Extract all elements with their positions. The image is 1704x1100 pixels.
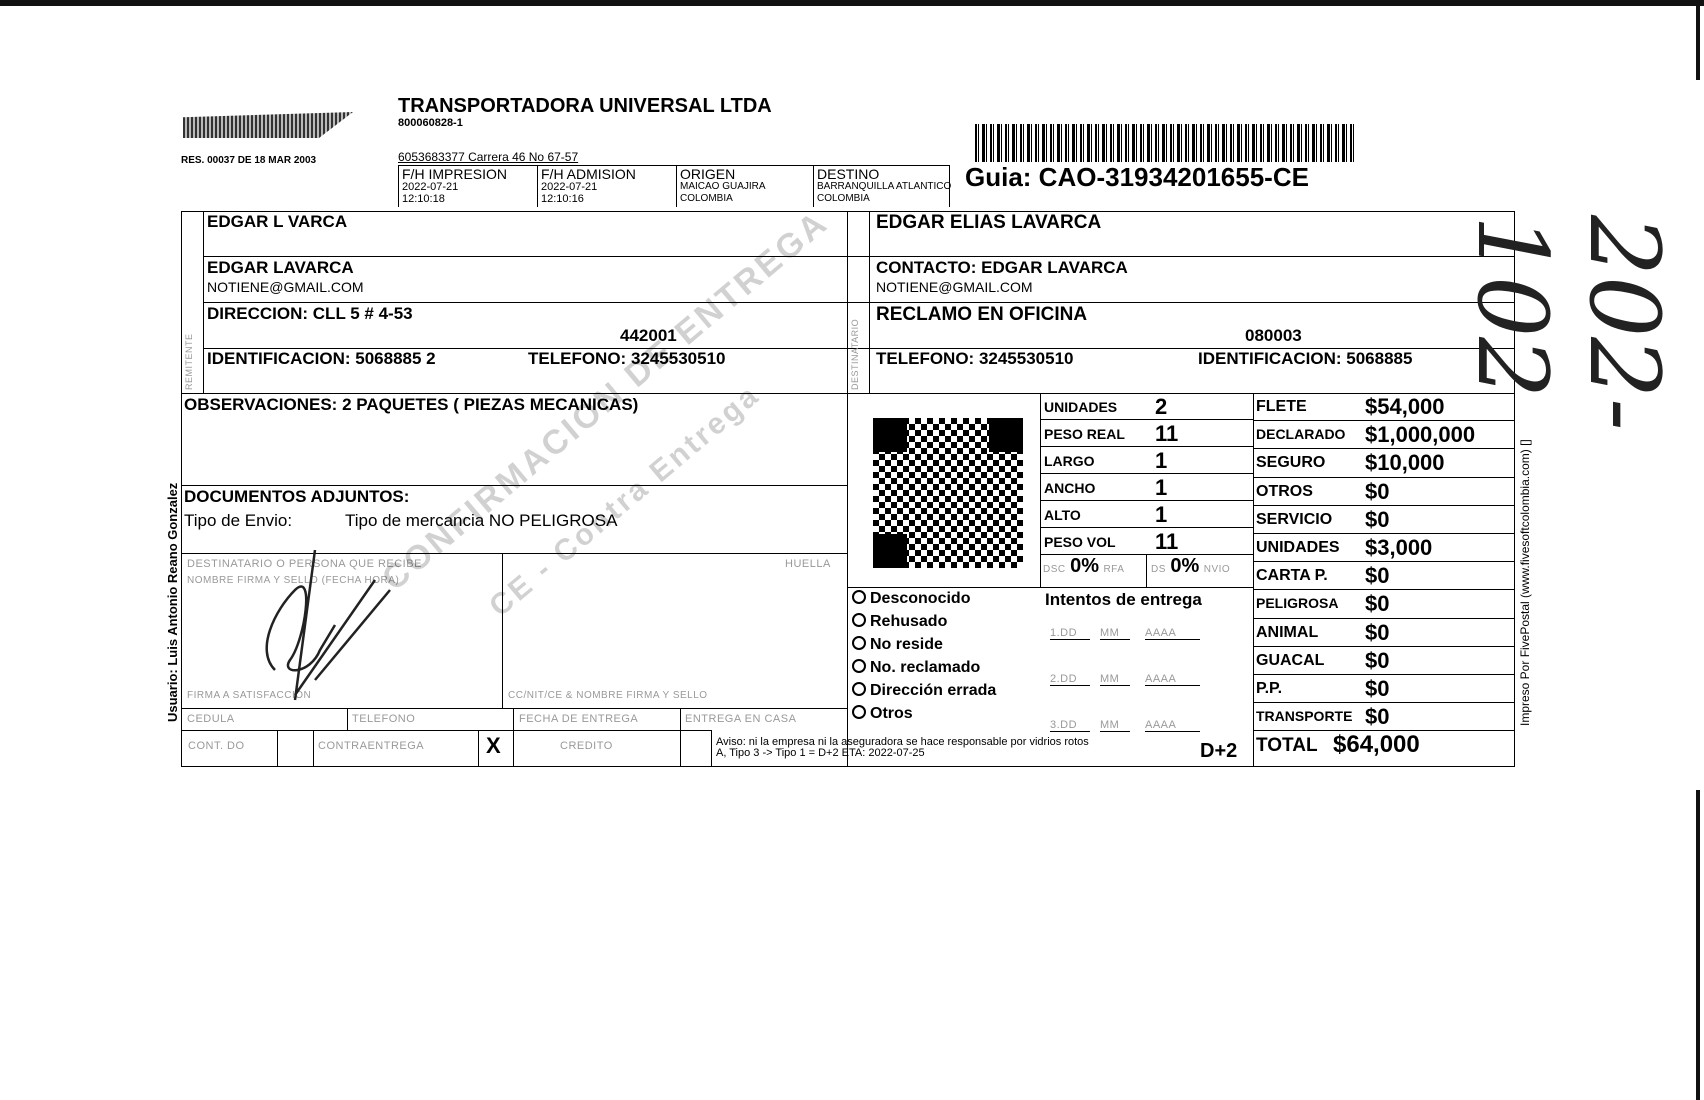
col-line — [502, 553, 503, 708]
cost-value: $0 — [1365, 563, 1389, 589]
radio-circle-icon — [852, 636, 866, 650]
delivery-reasons: DesconocidoRehusadoNo resideNo. reclamad… — [852, 590, 1037, 728]
measure-row: PESO REAL 11 — [1040, 420, 1253, 447]
cell-city: MAICAO GUAJIRA — [680, 181, 810, 193]
credito-label: CREDITO — [560, 740, 613, 752]
user-label: Usuario: Luis Antonio Reano Gonzalez — [165, 475, 180, 730]
sender-phone: TELEFONO: 3245530510 — [528, 349, 725, 369]
col-line — [347, 708, 348, 730]
attempt-month: MM — [1100, 627, 1130, 640]
recipient-email: NOTIENE@GMAIL.COM — [876, 279, 1033, 295]
attempt-row[interactable]: 2.DD MM AAAA — [1045, 661, 1245, 707]
cell-label: F/H IMPRESION — [402, 167, 534, 181]
attempt-day: 3.DD — [1050, 719, 1090, 732]
measure-label: ANCHO — [1044, 480, 1095, 496]
delivery-reason-radio[interactable]: No. reclamado — [852, 659, 1037, 682]
attempt-day: 2.DD — [1050, 673, 1090, 686]
cont-do-label: CONT. DO — [188, 740, 245, 752]
reason-label: Desconocido — [870, 590, 970, 607]
col-line — [513, 708, 514, 767]
company-nit: 800060828-1 — [398, 117, 463, 129]
notice-line2: A, Tipo 3 -> Tipo 1 = D+2 ETA: 2022-07-2… — [716, 748, 925, 759]
cell-date: 2022-07-21 — [402, 181, 534, 193]
cost-value: $0 — [1365, 648, 1389, 674]
scan-edge-right — [1696, 0, 1700, 80]
resolution-text: RES. 00037 DE 18 MAR 2003 — [181, 155, 316, 166]
cost-label: GUACAL — [1256, 652, 1324, 670]
delivery-reason-radio[interactable]: Rehusado — [852, 613, 1037, 636]
print-datetime-cell: F/H IMPRESION 2022-07-21 12:10:18 — [398, 165, 538, 207]
admission-datetime-cell: F/H ADMISION 2022-07-21 12:10:16 — [537, 165, 677, 207]
sender-id: IDENTIFICACION: 5068885 2 — [207, 349, 436, 369]
measure-label: LARGO — [1044, 453, 1095, 469]
recipient-phone: TELEFONO: 3245530510 — [876, 349, 1073, 369]
radio-circle-icon — [852, 682, 866, 696]
recipient-side-label: DESTINATARIO — [850, 215, 860, 390]
recipient-name: EDGAR ELIAS LAVARCA — [876, 212, 1101, 234]
delivery-reason-radio[interactable]: Dirección errada — [852, 682, 1037, 705]
reason-label: Otros — [870, 705, 913, 722]
barcode — [975, 124, 1355, 162]
cost-label: OTROS — [1256, 483, 1313, 501]
row-line — [847, 587, 1253, 588]
cost-label: UNIDADES — [1256, 539, 1340, 557]
fingerprint-label: HUELLA — [785, 558, 831, 570]
radio-circle-icon — [852, 705, 866, 719]
center-divider — [847, 211, 848, 767]
cell-label: F/H ADMISION — [541, 167, 673, 181]
cost-row: GUACAL $0 — [1253, 647, 1515, 675]
cell-label: DESTINO — [817, 167, 946, 181]
radio-circle-icon — [852, 659, 866, 673]
measure-row: UNIDADES 2 — [1040, 393, 1253, 420]
reason-label: No. reclamado — [870, 659, 980, 676]
company-address: 6053683377 Carrera 46 No 67-57 — [398, 150, 578, 164]
discount-cell: DSC 0% RFA — [1043, 555, 1124, 578]
attempt-year: AAAA — [1145, 627, 1200, 640]
recipient-address: RECLAMO EN OFICINA — [876, 304, 1087, 326]
total-value: $64,000 — [1333, 731, 1420, 759]
attempt-month: MM — [1100, 673, 1130, 686]
sender-email: NOTIENE@GMAIL.COM — [207, 279, 364, 295]
destination-cell: DESTINO BARRANQUILLA ATLANTICO COLOMBIA — [813, 165, 950, 207]
delivery-attempts: 1.DD MM AAAA2.DD MM AAAA3.DD MM AAAA — [1045, 615, 1245, 753]
attempt-row[interactable]: 3.DD MM AAAA — [1045, 707, 1245, 753]
attempt-month: MM — [1100, 719, 1130, 732]
scan-edge-right-lower — [1696, 790, 1700, 1100]
recipient-id: IDENTIFICACION: 5068885 — [1198, 349, 1412, 369]
mercancia-type: Tipo de mercancia NO PELIGROSA — [345, 511, 617, 531]
measure-label: ALTO — [1044, 507, 1081, 523]
cost-row: TRANSPORTE $0 — [1253, 703, 1515, 731]
measure-value: 1 — [1155, 448, 1167, 474]
reason-label: No reside — [870, 636, 943, 653]
col-line — [711, 730, 712, 767]
contraentrega-checkbox[interactable]: X — [486, 733, 501, 759]
cost-value: $3,000 — [1365, 535, 1432, 561]
attempt-day: 1.DD — [1050, 627, 1090, 640]
total-label: TOTAL — [1256, 735, 1318, 757]
measures-table: UNIDADES 2PESO REAL 11LARGO 1ANCHO 1ALTO… — [1040, 393, 1253, 587]
sender-name: EDGAR L VARCA — [207, 212, 347, 232]
measure-row: ANCHO 1 — [1040, 474, 1253, 501]
measure-row: ALTO 1 — [1040, 501, 1253, 528]
cell-date: 2022-07-21 — [541, 181, 673, 193]
sender-address: DIRECCION: CLL 5 # 4-53 — [207, 304, 413, 324]
delivery-reason-radio[interactable]: Desconocido — [852, 590, 1037, 613]
col-line — [277, 730, 278, 767]
measure-value: 11 — [1155, 529, 1178, 555]
reason-label: Dirección errada — [870, 682, 996, 699]
col-line — [680, 708, 681, 730]
cell-time: 12:10:18 — [402, 193, 534, 205]
handwritten-note: 202-102 — [1456, 215, 1680, 431]
documents-title: DOCUMENTOS ADJUNTOS: — [184, 487, 409, 507]
signature-drawing — [255, 550, 405, 710]
cost-row: PELIGROSA $0 — [1253, 590, 1515, 618]
cost-label: DECLARADO — [1256, 426, 1345, 442]
stamp-label: CC/NIT/CE & NOMBRE FIRMA Y SELLO — [508, 690, 708, 701]
cost-label: TRANSPORTE — [1256, 708, 1352, 724]
cost-row: ANIMAL $0 — [1253, 619, 1515, 647]
cell-time: 12:10:16 — [541, 193, 673, 205]
cost-row: P.P. $0 — [1253, 675, 1515, 703]
attempt-year: AAAA — [1145, 673, 1200, 686]
col-line — [478, 730, 479, 767]
measure-value: 1 — [1155, 475, 1167, 501]
measure-row: LARGO 1 — [1040, 447, 1253, 474]
attempt-row[interactable]: 1.DD MM AAAA — [1045, 615, 1245, 661]
cost-label: CARTA P. — [1256, 567, 1328, 585]
cost-label: SEGURO — [1256, 454, 1325, 472]
company-logo — [183, 112, 353, 138]
origin-cell: ORIGEN MAICAO GUAJIRA COLOMBIA — [676, 165, 814, 207]
cost-row: SERVICIO $0 — [1253, 506, 1515, 534]
measure-value: 1 — [1155, 502, 1167, 528]
cost-label: FLETE — [1256, 398, 1307, 416]
row-line — [181, 708, 847, 709]
cost-label: SERVICIO — [1256, 511, 1332, 529]
reason-label: Rehusado — [870, 613, 947, 630]
sender-contact: EDGAR LAVARCA — [207, 258, 354, 278]
measure-label: UNIDADES — [1044, 399, 1117, 415]
cell-country: COLOMBIA — [680, 193, 810, 205]
radio-circle-icon — [852, 590, 866, 604]
cost-label: PELIGROSA — [1256, 595, 1338, 611]
cost-value: $0 — [1365, 676, 1389, 702]
cost-row: CARTA P. $0 — [1253, 562, 1515, 590]
fecha-entrega-label: FECHA DE ENTREGA — [519, 713, 638, 725]
row-line — [181, 485, 847, 486]
delivery-reason-radio[interactable]: No reside — [852, 636, 1037, 659]
attempt-year: AAAA — [1145, 719, 1200, 732]
cost-value: $0 — [1365, 704, 1389, 730]
col-line — [313, 730, 314, 767]
cost-value: $0 — [1365, 591, 1389, 617]
printed-by: Impreso Por FivePostal (www.fivesoftcolo… — [1518, 400, 1532, 765]
sender-side-label: REMITENTE — [184, 215, 194, 390]
measure-row: PESO VOL 11 — [1040, 528, 1253, 555]
cost-row: SEGURO $10,000 — [1253, 449, 1515, 477]
measure-value: 2 — [1155, 394, 1167, 420]
cell-country: COLOMBIA — [817, 193, 946, 205]
attempts-title: Intentos de entrega — [1045, 590, 1202, 610]
entrega-label: ENTREGA EN CASA — [685, 713, 796, 725]
scan-edge-top — [0, 0, 1704, 6]
recipient-postal: 080003 — [1245, 326, 1302, 346]
cost-value: $54,000 — [1365, 394, 1445, 420]
delivery-reason-radio[interactable]: Otros — [852, 705, 1037, 728]
cost-label: ANIMAL — [1256, 624, 1318, 642]
cost-value: $10,000 — [1365, 450, 1445, 476]
cost-value: $0 — [1365, 479, 1389, 505]
sender-postal: 442001 — [620, 326, 677, 346]
col-line — [1040, 393, 1041, 587]
recipient-contact: CONTACTO: EDGAR LAVARCA — [876, 258, 1128, 278]
cost-value: $0 — [1365, 620, 1389, 646]
qr-code — [873, 418, 1023, 568]
measure-label: PESO REAL — [1044, 426, 1125, 442]
row-line — [181, 730, 711, 731]
discount-cell: DS 0% NVIO — [1151, 555, 1230, 578]
costs-table: FLETE $54,000DECLARADO $1,000,000SEGURO … — [1253, 393, 1515, 767]
envio-label: Tipo de Envio: — [184, 511, 292, 531]
cost-value: $0 — [1365, 507, 1389, 533]
discount-row: DSC 0% RFA DS 0% NVIO — [1040, 555, 1253, 587]
observations: OBSERVACIONES: 2 PAQUETES ( PIEZAS MECAN… — [184, 395, 638, 415]
cost-label: P.P. — [1256, 680, 1282, 698]
cell-city: BARRANQUILLA ATLANTICO — [817, 181, 946, 193]
contraentrega-label: CONTRAENTREGA — [318, 740, 424, 752]
guia-number: Guia: CAO-31934201655-CE — [965, 162, 1309, 193]
cost-row: OTROS $0 — [1253, 478, 1515, 506]
cost-row: UNIDADES $3,000 — [1253, 534, 1515, 562]
measure-value: 11 — [1155, 421, 1178, 447]
radio-circle-icon — [852, 613, 866, 627]
company-name: TRANSPORTADORA UNIVERSAL LTDA — [398, 95, 772, 118]
cedula-label: CEDULA — [187, 713, 235, 725]
measure-label: PESO VOL — [1044, 534, 1116, 550]
cell-label: ORIGEN — [680, 167, 810, 181]
telefono-label: TELEFONO — [352, 713, 415, 725]
col-line — [680, 730, 681, 767]
